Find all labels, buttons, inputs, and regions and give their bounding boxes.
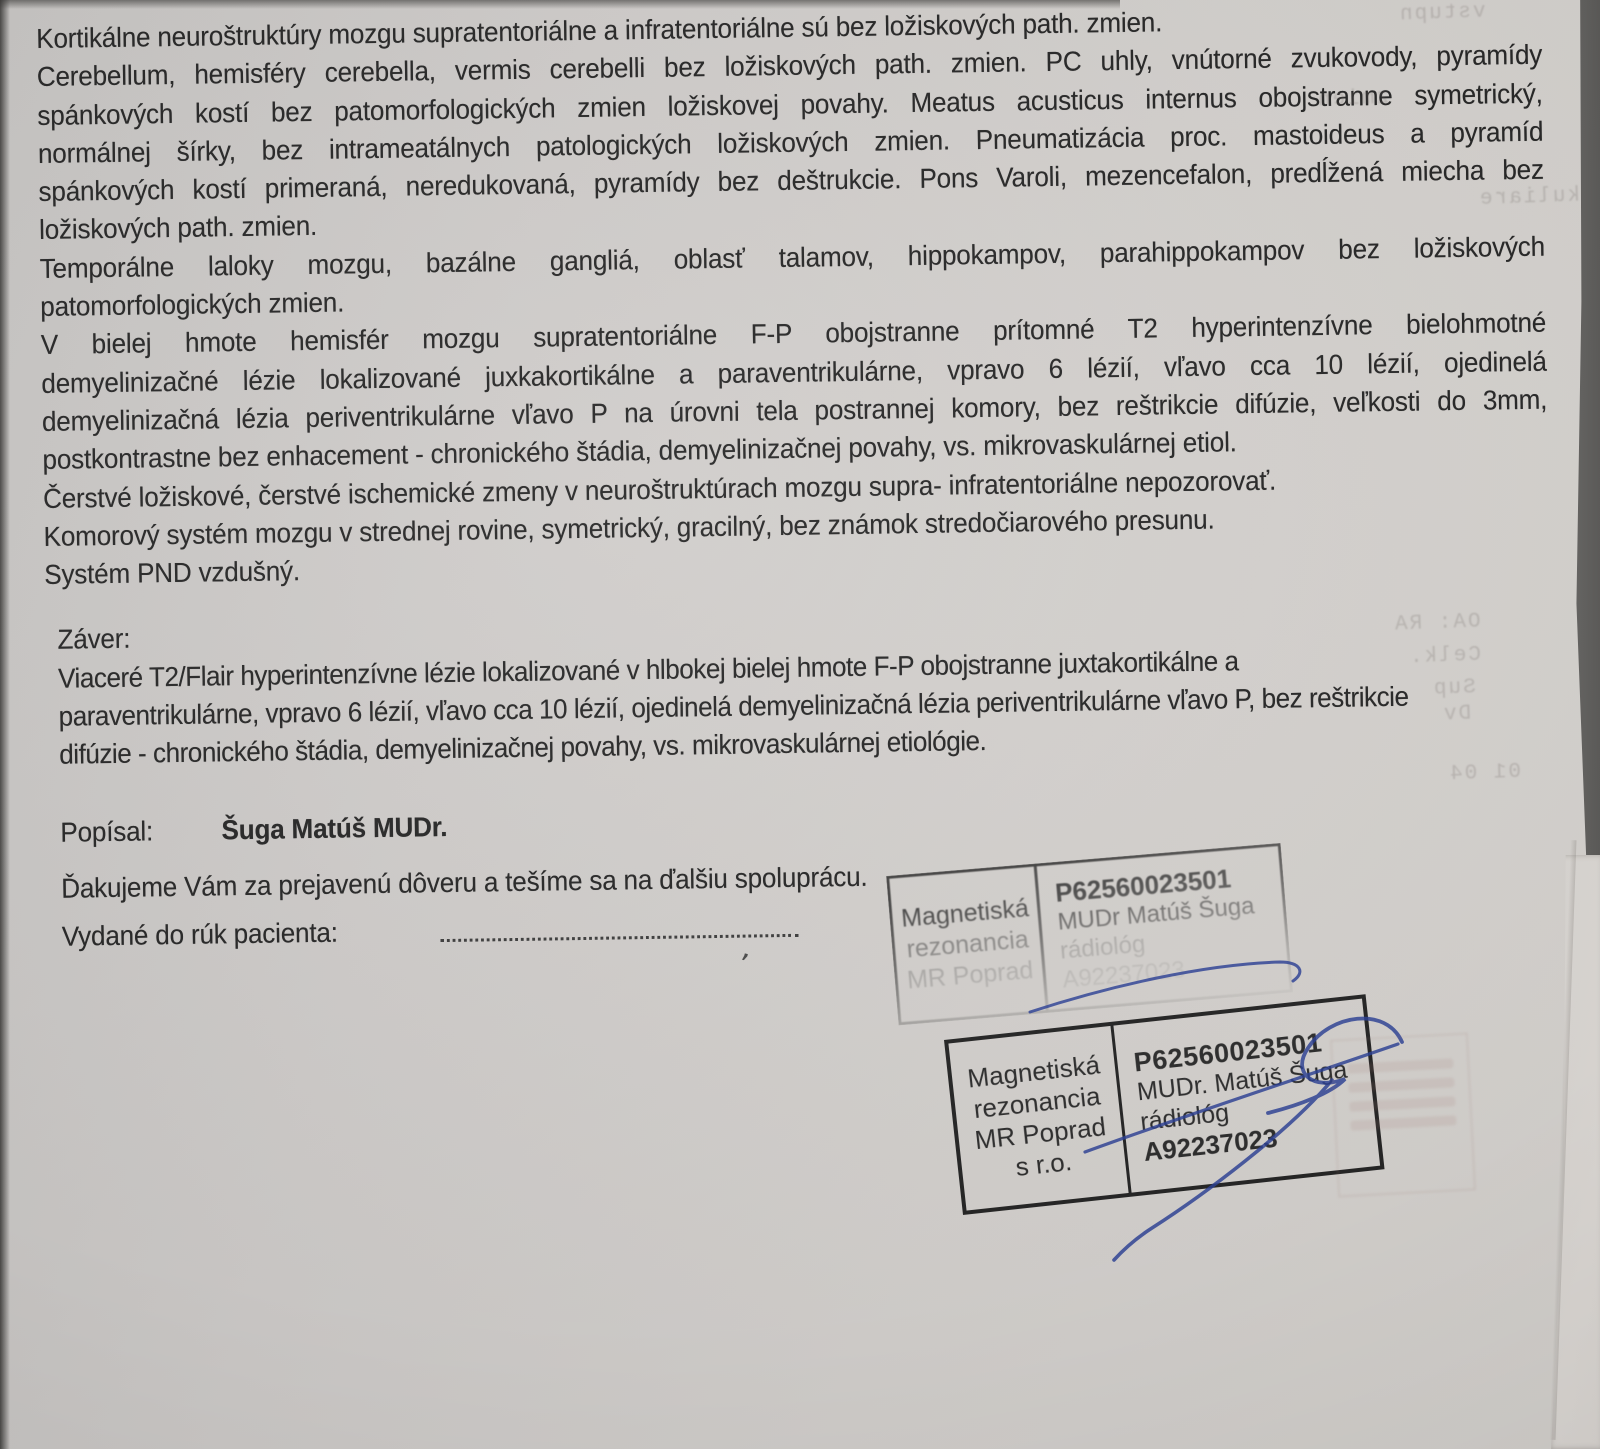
physician-name: Šuga Matúš MUDr.	[221, 808, 447, 850]
stamp-faded: Magnetiská rezonancia MR Poprad P6256002…	[886, 843, 1293, 1026]
photo-left-edge	[0, 0, 10, 1449]
bleedthrough-text: 01 04	[1448, 761, 1522, 787]
conclusion-body: Viaceré T2/Flair hyperintenzívne lézie l…	[45, 637, 1552, 774]
bleedthrough-text: Dv	[1442, 702, 1472, 726]
described-by-row: Popísal: Šuga Matúš MUDr.	[48, 791, 1554, 852]
scanned-report-page: Kortikálne neuroštruktúry mozgu supraten…	[0, 0, 1600, 1449]
described-by-label: Popísal:	[60, 811, 222, 852]
stamp-clear: Magnetiská rezonancia MR Poprad s r.o. P…	[944, 994, 1385, 1215]
bleedthrough-text: OA: RA	[1393, 610, 1481, 636]
ghost-stamp-line	[1348, 1077, 1454, 1093]
bleedthrough-text: okuliare	[1478, 184, 1596, 211]
ghost-stamp-line	[1350, 1115, 1456, 1131]
bleedthrough-text: Celk.	[1408, 644, 1482, 670]
stamp-faded-org-cell: Magnetiská rezonancia MR Poprad	[889, 866, 1049, 1022]
issued-to-patient-row: Vydané do rúk pacienta:	[49, 896, 1555, 957]
bleedthrough-text: zmien	[1316, 87, 1390, 113]
bleedthrough-text: vstupn	[1398, 0, 1486, 26]
ghost-stamp-line	[1347, 1058, 1453, 1074]
ghost-stamp	[1330, 1032, 1476, 1197]
ghost-stamp-line	[1349, 1096, 1455, 1112]
photo-top-edge	[0, 0, 1120, 9]
report-text-block: Kortikálne neuroštruktúry mozgu supraten…	[36, 0, 1555, 956]
bleedthrough-text: Sup	[1432, 676, 1477, 701]
pen-tick-mark: ’	[734, 947, 752, 983]
stamp-org-line: s r.o.	[1014, 1146, 1073, 1183]
signature-dotted-line	[440, 930, 798, 941]
issued-to-patient-label: Vydané do rúk pacienta:	[62, 917, 338, 952]
stamp-faded-id-cell: P62560023501 MUDr Matúš Šuga rádiológ A9…	[1037, 846, 1290, 1010]
stamp-clear-org-cell: Magnetiská rezonancia MR Poprad s r.o.	[948, 1026, 1132, 1211]
